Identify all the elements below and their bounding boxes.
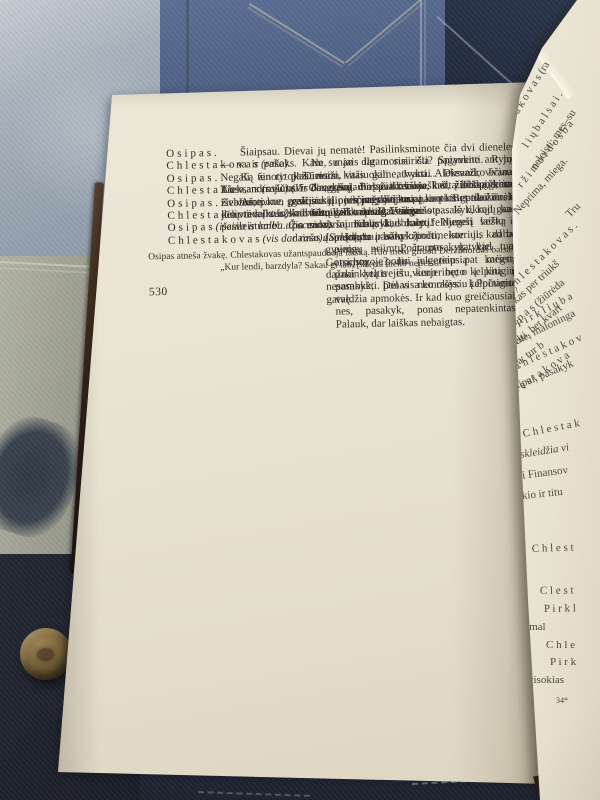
rightpage-text-fragment: P i r k bbox=[550, 656, 576, 668]
rightpage-text-fragment: P i r k l bbox=[544, 602, 576, 615]
rightpage-text-fragment: visokias bbox=[528, 674, 564, 686]
speech-text: (Vis dar rašo) bbox=[291, 181, 352, 194]
rightpage-text-fragment: Osipai, pasakyk bbox=[506, 358, 576, 395]
rightpage-text-fragment: Tru bbox=[564, 201, 583, 220]
speaker-name: Osipas. bbox=[166, 147, 220, 160]
speaker-name: Osipas bbox=[168, 221, 216, 234]
page-text-block: Osipas. Šiaipsau. Dievai jų nematė! Pasi… bbox=[146, 141, 518, 299]
speaker-name: Osipas. bbox=[167, 172, 221, 185]
rightpage-text-fragment: C h l e bbox=[546, 639, 575, 651]
book-right-page: s t a k o v a s (ral i ų b a l s a i .ne… bbox=[480, 0, 600, 800]
rightpage-text-fragment: C l e s t bbox=[540, 584, 574, 597]
photo-of-open-book: Osipas. Šiaipsau. Dievai jų nematė! Pasi… bbox=[0, 0, 600, 800]
rightpage-text-fragment: C h l e s t bbox=[532, 542, 574, 555]
speech-text: (Sulanksto ir užrašo) bbox=[325, 230, 418, 244]
speaker-name: Chlestakovas bbox=[168, 233, 263, 247]
dialogue-block: Osipas. Šiaipsau. Dievai jų nematė! Pasi… bbox=[146, 141, 517, 248]
rightpage-text-fragment: 34* bbox=[556, 696, 568, 705]
right-page-wrapper: s t a k o v a s (ral i ų b a l s a i .ne… bbox=[480, 0, 600, 800]
speech-text: (vis dar rašo). bbox=[262, 232, 325, 245]
speaker-name: Osipas. bbox=[167, 197, 221, 210]
speech-text: (rašo). bbox=[261, 158, 291, 171]
rightpage-text-fragment: nui Finansov bbox=[511, 464, 569, 483]
page-left-shadow bbox=[55, 90, 101, 790]
rightpage-fragments: s t a k o v a s (ral i ų b a l s a i .ne… bbox=[480, 0, 600, 800]
rightpage-text-fragment: tokio ir titu bbox=[513, 486, 563, 503]
rightpage-text-fragment: C h l e s t a k bbox=[522, 417, 581, 440]
speech-text: (rašo). bbox=[261, 183, 291, 196]
rightpage-text-fragment: jūsų mal bbox=[508, 621, 546, 633]
speech-text: (rašo). bbox=[262, 208, 292, 221]
